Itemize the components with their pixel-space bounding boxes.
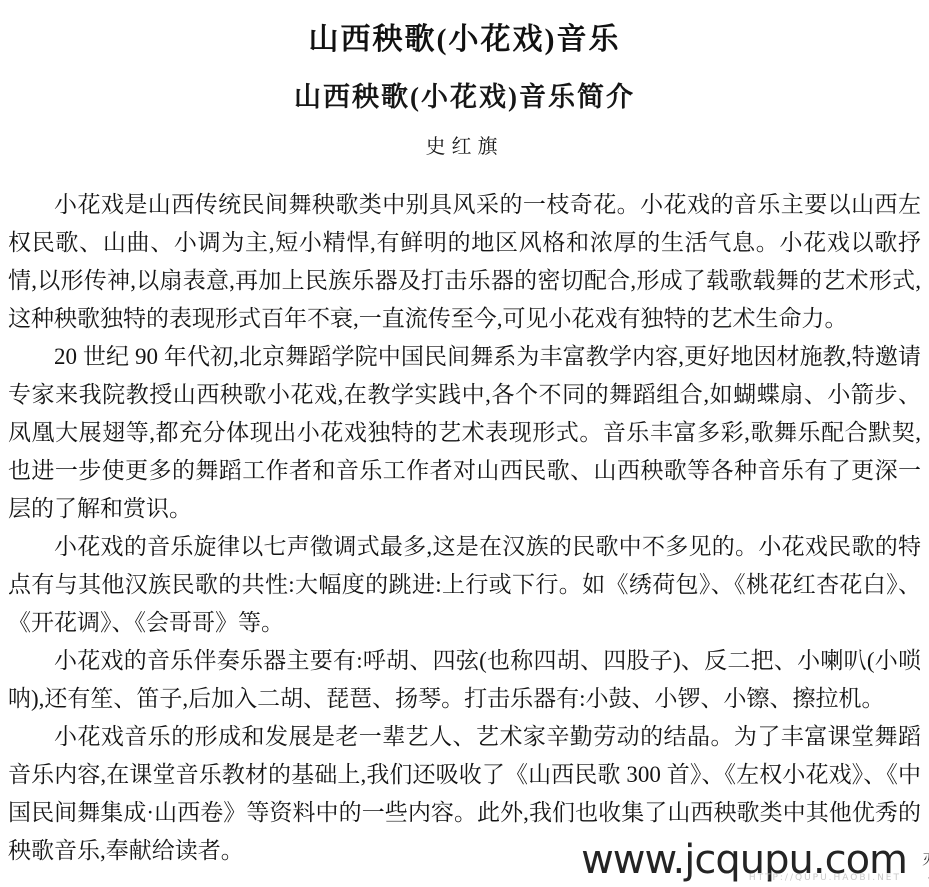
- article-body: 小花戏是山西传统民间舞秧歌类中别具风采的一枝奇花。小花戏的音乐主要以山西左权民歌…: [0, 186, 929, 870]
- page-title: 山西秧歌(小花戏)音乐: [0, 14, 929, 58]
- page-subtitle: 山西秧歌(小花戏)音乐简介: [0, 75, 929, 114]
- author-name: 史红旗: [0, 130, 929, 159]
- paragraph-intro: 小花戏是山西传统民间舞秧歌类中别具风采的一枝奇花。小花戏的音乐主要以山西左权民歌…: [8, 186, 921, 338]
- watermark-faint-url: HTTP://QUPU.HAOBI.NET: [749, 873, 901, 883]
- paragraph-melody-mode: 小花戏的音乐旋律以七声徵调式最多,这是在汉族的民歌中不多见的。小花戏民歌的特点有…: [8, 528, 921, 642]
- watermark: HTTP://QUPU.HAOBI.NET www.jcqupu.com 刃 T: [581, 837, 907, 887]
- paragraph-instruments: 小花戏的音乐伴奏乐器主要有:呼胡、四弦(也称四胡、四股子)、反二把、小喇叭(小唢…: [8, 642, 921, 718]
- document-page: 山西秧歌(小花戏)音乐 山西秧歌(小花戏)音乐简介 史红旗 小花戏是山西传统民间…: [0, 0, 929, 887]
- watermark-edge-glyph: 刃: [922, 848, 929, 869]
- paragraph-teaching-history: 20 世纪 90 年代初,北京舞蹈学院中国民间舞系为丰富教学内容,更好地因材施教…: [8, 338, 921, 528]
